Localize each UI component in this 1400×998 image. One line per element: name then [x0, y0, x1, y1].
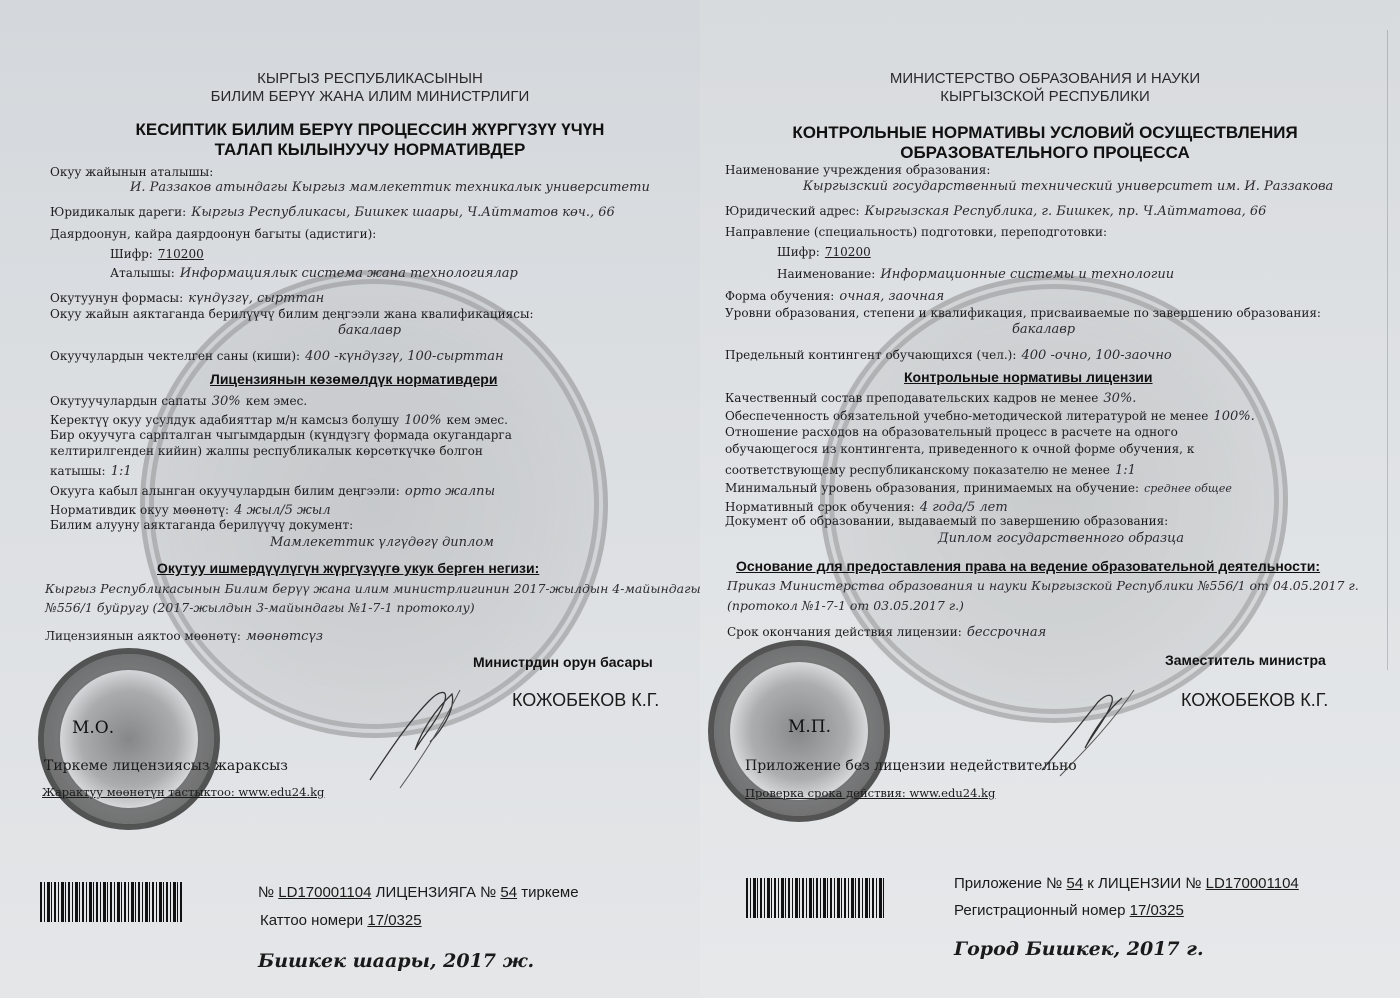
admission-level-value-ru: среднее общее — [1144, 482, 1232, 495]
validity-value-ru: бессрочная — [967, 625, 1046, 640]
license-number: LD170001104 — [278, 884, 371, 901]
expenses-line-2-ru: обучающегося из контингента, приведенног… — [725, 442, 1194, 456]
study-term-label: Нормативдик окуу мөөнөтү: — [50, 503, 229, 517]
ministry-line-1-ru: МИНИСТЕРСТВО ОБРАЗОВАНИЯ И НАУКИ — [700, 70, 1390, 88]
control-norms-header-ru: Контрольные нормативы лицензии — [904, 369, 1153, 385]
expenses-ratio-label-ru: соответствующему республиканскому показа… — [725, 463, 1110, 477]
ministry-line-1: КЫРГЫЗ РЕСПУБЛИКАСЫНЫН — [0, 70, 740, 88]
code-row: Шифр: 710200 — [110, 243, 204, 262]
city-year: Бишкек шаары, 2017 ж. — [258, 950, 534, 972]
document-issued-value: Мамлекеттик үлгүдөгү диплом — [270, 535, 494, 550]
admission-level-label-ru: Минимальный уровень образования, принима… — [725, 481, 1139, 495]
title-line-2-ru: ОБРАЗОВАТЕЛЬНОГО ПРОЦЕССА — [700, 143, 1390, 163]
control-norms-header: Лицензиянын көзөмөлдүк нормативдери — [210, 371, 497, 387]
official-seal — [38, 648, 220, 830]
barcode — [40, 882, 183, 922]
license-number-ru: LD170001104 — [1206, 875, 1299, 892]
city-year-ru: Город Бишкек, 2017 г. — [954, 938, 1204, 960]
study-form-label-ru: Форма обучения: — [725, 289, 834, 303]
student-limit-value: 400 -күндүзгү, 100-сырттан — [305, 349, 503, 364]
literature-row-ru: Обеспеченность обязательной учебно-метод… — [725, 405, 1255, 424]
address-row: Юридикалык дареги: Кыргыз Республикасы, … — [50, 201, 615, 220]
admission-level-value: орто жалпы — [405, 484, 495, 499]
registration-number: 17/0325 — [367, 912, 421, 929]
signer-title: Министрдин орун басары — [473, 654, 653, 670]
signer-name-ru: КОЖОБЕКОВ К.Г. — [1181, 690, 1328, 711]
validity-label: Лицензиянын аяктоо мөөнөтү: — [45, 629, 241, 643]
stamp-place-mark: М.О. — [72, 718, 114, 738]
document-title: КЕСИПТИК БИЛИМ БЕРҮҮ ПРОЦЕССИН ЖҮРГҮЗҮҮ … — [0, 120, 740, 160]
appendix-prefix-ru: Приложение № — [954, 875, 1062, 892]
qualification-label: Окуу жайын аяктаганда берилүүчү билим де… — [50, 307, 534, 321]
registration-number-ru: 17/0325 — [1130, 902, 1184, 919]
teachers-quality-label: Окутуучулардын сапаты — [50, 394, 207, 408]
registration-row: Каттоо номери 17/0325 — [260, 912, 422, 929]
study-form-value-ru: очная, заочная — [839, 289, 944, 304]
expenses-ratio-label: катышы: — [50, 464, 106, 478]
invalid-without-license-note-ru: Приложение без лицензии недействительно — [745, 758, 1077, 774]
basis-line-1-ru: Приказ Министерства образования и науки … — [727, 578, 1359, 593]
registration-label: Каттоо номери — [260, 912, 363, 929]
verification-link-ru[interactable]: Проверка срока действия: www.edu24.kg — [745, 786, 995, 800]
teachers-quality-row: Окутуучулардын сапаты 30% кем эмес. — [50, 390, 307, 409]
document-issued-label: Билим алууну аяктаганда берилүүчү докуме… — [50, 518, 353, 532]
address-label: Юридикалык дареги: — [50, 205, 186, 219]
study-term-value: 4 жыл/5 жыл — [234, 503, 330, 518]
basis-line-2: №556/1 буйругу (2017-жылдын 3-майындагы … — [45, 600, 475, 615]
expenses-line-2: келтирилгенден кийин) жалпы республикалы… — [50, 444, 483, 458]
validity-label-ru: Срок окончания действия лицензии: — [727, 625, 962, 639]
title-line-1: КЕСИПТИК БИЛИМ БЕРҮҮ ПРОЦЕССИН ЖҮРГҮЗҮҮ … — [0, 120, 740, 140]
student-limit-row-ru: Предельный контингент обучающихся (чел.)… — [725, 344, 1172, 363]
direction-label-ru: Направление (специальность) подготовки, … — [725, 225, 1107, 239]
address-value: Кыргыз Республикасы, Бишкек шаары, Ч.Айт… — [191, 205, 615, 220]
license-mid-text-ru: к ЛИЦЕНЗИИ № — [1087, 875, 1201, 892]
validity-row: Лицензиянын аяктоо мөөнөтү: мөөнөтсүз — [45, 625, 323, 644]
expenses-ratio-row-ru: соответствующему республиканскому показа… — [725, 459, 1136, 478]
code-label: Шифр: — [110, 247, 153, 261]
teachers-quality-suffix: кем эмес. — [246, 394, 307, 408]
admission-level-row: Окууга кабыл алынган окуучулардын билим … — [50, 480, 495, 499]
barcode-ru — [746, 878, 886, 918]
title-line-2: ТАЛАП КЫЛЫНУУЧУ НОРМАТИВДЕР — [0, 140, 740, 160]
specialty-name-value-ru: Информационные системы и технологии — [880, 267, 1174, 282]
address-value-ru: Кыргызская Республика, г. Бишкек, пр. Ч.… — [865, 204, 1267, 219]
appendix-number-ru: 54 — [1066, 875, 1083, 892]
title-line-1-ru: КОНТРОЛЬНЫЕ НОРМАТИВЫ УСЛОВИЙ ОСУЩЕСТВЛЕ… — [700, 123, 1390, 143]
study-term-value-ru: 4 года/5 лет — [920, 500, 1008, 515]
teachers-quality-label-ru: Качественный состав преподавательских ка… — [725, 391, 1098, 405]
appendix-number: 54 — [500, 884, 517, 901]
address-label-ru: Юридический адрес: — [725, 204, 860, 218]
study-term-row: Нормативдик окуу мөөнөтү: 4 жыл/5 жыл — [50, 499, 331, 518]
literature-row: Керектүү окуу усулдук адабияттар м/н кам… — [50, 409, 508, 428]
institution-value-ru: Кыргызский государственный технический у… — [803, 179, 1333, 194]
student-limit-label-ru: Предельный контингент обучающихся (чел.)… — [725, 348, 1016, 362]
literature-value: 100% — [404, 413, 441, 428]
student-limit-row: Окуучулардын чектелген саны (киши): 400 … — [50, 345, 504, 364]
study-term-row-ru: Нормативный срок обучения: 4 года/5 лет — [725, 496, 1008, 515]
address-row-ru: Юридический адрес: Кыргызская Республика… — [725, 200, 1266, 219]
appendix-reference-ru: Приложение № 54 к ЛИЦЕНЗИИ № LD170001104 — [954, 875, 1299, 892]
student-limit-label: Окуучулардын чектелген саны (киши): — [50, 349, 300, 363]
number-sign: № — [258, 884, 274, 901]
expenses-ratio-value: 1:1 — [111, 464, 132, 479]
student-limit-value-ru: 400 -очно, 100-заочно — [1022, 348, 1172, 363]
basis-header: Окутуу ишмердүүлүгүн жүргүзүүгө укук бер… — [157, 560, 539, 576]
study-form-row-ru: Форма обучения: очная, заочная — [725, 285, 944, 304]
specialty-name-value: Информациялык система жана технологиялар — [180, 266, 518, 281]
document-page-kyrgyz: КЫРГЫЗ РЕСПУБЛИКАСЫНЫН БИЛИМ БЕРҮҮ ЖАНА … — [0, 0, 700, 998]
invalid-without-license-note: Тиркеме лицензиясыз жараксыз — [44, 758, 288, 774]
signature — [360, 680, 470, 790]
basis-line-2-ru: (протокол №1-7-1 от 03.05.2017 г.) — [727, 598, 964, 613]
qualification-value: бакалавр — [338, 323, 401, 338]
literature-value-ru: 100%. — [1213, 409, 1254, 424]
study-form-label: Окутуунун формасы: — [50, 291, 183, 305]
literature-label-ru: Обеспеченность обязательной учебно-метод… — [725, 409, 1208, 423]
ministry-line-2-ru: КЫРГЫЗСКОЙ РЕСПУБЛИКИ — [700, 88, 1390, 106]
qualification-value-ru: бакалавр — [1012, 322, 1075, 337]
license-mid-text: ЛИЦЕНЗИЯГА № — [376, 884, 497, 901]
stamp-place-mark-ru: М.П. — [788, 717, 831, 737]
verification-link[interactable]: Жарактуу мөөнөтүн тастыктоо: www.edu24.k… — [42, 785, 324, 799]
validity-row-ru: Срок окончания действия лицензии: бессро… — [727, 621, 1046, 640]
literature-label: Керектүү окуу усулдук адабияттар м/н кам… — [50, 413, 399, 427]
ministry-heading-ru: МИНИСТЕРСТВО ОБРАЗОВАНИЯ И НАУКИ КЫРГЫЗС… — [700, 70, 1390, 106]
document-issued-label-ru: Документ об образовании, выдаваемый по з… — [725, 514, 1168, 528]
code-value: 710200 — [158, 247, 204, 261]
study-term-label-ru: Нормативный срок обучения: — [725, 500, 915, 514]
code-value-ru: 710200 — [825, 245, 871, 259]
specialty-name-row-ru: Наименование: Информационные системы и т… — [777, 263, 1174, 282]
institution-label: Окуу жайынын аталышы: — [50, 165, 213, 179]
admission-level-label: Окууга кабыл алынган окуучулардын билим … — [50, 484, 400, 498]
teachers-quality-value-ru: 30%. — [1103, 391, 1136, 406]
qualification-label-ru: Уровни образования, степени и квалификац… — [725, 306, 1321, 320]
registration-label-ru: Регистрационный номер — [954, 902, 1125, 919]
study-form-row: Окутуунун формасы: күндүзгү, сырттан — [50, 287, 324, 306]
teachers-quality-value: 30% — [212, 394, 241, 409]
ministry-line-2: БИЛИМ БЕРҮҮ ЖАНА ИЛИМ МИНИСТРЛИГИ — [0, 88, 740, 106]
signer-name: КОЖОБЕКОВ К.Г. — [512, 690, 659, 711]
institution-label-ru: Наименование учреждения образования: — [725, 163, 990, 177]
admission-level-row-ru: Минимальный уровень образования, принима… — [725, 477, 1232, 496]
specialty-name-label: Аталышы: — [110, 266, 175, 280]
expenses-line-1: Бир окуучуга сарпталган чыгымдардын (күн… — [50, 428, 512, 442]
teachers-quality-row-ru: Качественный состав преподавательских ка… — [725, 387, 1136, 406]
document-title-ru: КОНТРОЛЬНЫЕ НОРМАТИВЫ УСЛОВИЙ ОСУЩЕСТВЛЕ… — [700, 123, 1390, 163]
specialty-name-row: Аталышы: Информациялык система жана техн… — [110, 262, 518, 281]
code-row-ru: Шифр: 710200 — [777, 241, 871, 260]
code-label-ru: Шифр: — [777, 245, 820, 259]
expenses-ratio-row: катышы: 1:1 — [50, 460, 132, 479]
appendix-word: тиркеме — [521, 884, 578, 901]
document-issued-value-ru: Диплом государственного образца — [938, 531, 1184, 546]
direction-label: Даярдоонун, кайра даярдоонун багыты (ади… — [50, 227, 376, 241]
literature-suffix: кем эмес. — [447, 413, 508, 427]
study-form-value: күндүзгү, сырттан — [188, 291, 324, 306]
ministry-heading: КЫРГЫЗ РЕСПУБЛИКАСЫНЫН БИЛИМ БЕРҮҮ ЖАНА … — [0, 70, 740, 106]
registration-row-ru: Регистрационный номер 17/0325 — [954, 902, 1184, 919]
signer-title-ru: Заместитель министра — [1165, 652, 1326, 668]
institution-value: И. Раззаков атындагы Кыргыз мамлекеттик … — [130, 180, 650, 195]
basis-header-ru: Основание для предоставления права на ве… — [736, 558, 1320, 574]
specialty-name-label-ru: Наименование: — [777, 267, 875, 281]
validity-value: мөөнөтсүз — [246, 629, 323, 644]
license-reference: № LD170001104 ЛИЦЕНЗИЯГА № 54 тиркеме — [258, 884, 579, 901]
basis-line-1: Кыргыз Республикасынын Билим берүү жана … — [45, 581, 701, 596]
expenses-ratio-value-ru: 1:1 — [1115, 463, 1136, 478]
expenses-line-1-ru: Отношение расходов на образовательный пр… — [725, 425, 1178, 439]
